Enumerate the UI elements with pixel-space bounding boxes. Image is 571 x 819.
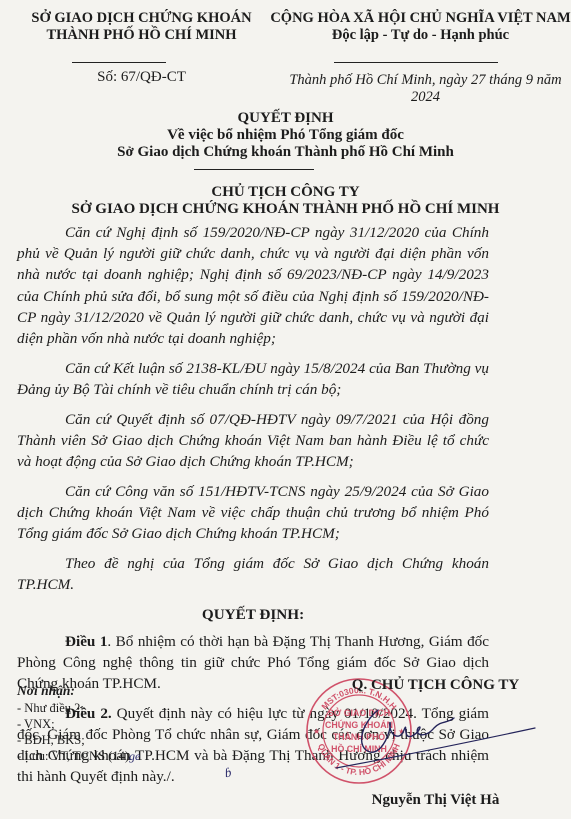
handwritten-initials: ge bbox=[129, 749, 140, 763]
year-label: năm bbox=[537, 72, 562, 88]
article-1-label: Điều 1 bbox=[65, 633, 107, 650]
subject-line-1: Về việc bổ nhiệm Phó Tổng giám đốc bbox=[0, 127, 571, 144]
legal-basis: Theo đề nghị của Tổng giám đốc Sở Giao d… bbox=[17, 553, 489, 595]
issuing-organization: SỞ GIAO DỊCH CHỨNG KHOÁN THÀNH PHỐ HỒ CH… bbox=[0, 10, 283, 44]
document-number: Số: 67/QĐ-CT bbox=[0, 69, 283, 86]
doc-number-prefix: Số: bbox=[97, 69, 117, 85]
signer-name: Nguyễn Thị Việt Hà bbox=[300, 792, 571, 809]
doc-number-suffix: /QĐ-CT bbox=[136, 69, 186, 85]
recipient-item: - Như điều 2; bbox=[17, 700, 237, 716]
issuing-authority: CHỦ TỊCH CÔNG TY SỞ GIAO DỊCH CHỨNG KHOÁ… bbox=[0, 184, 571, 218]
recipients-block: Nơi nhận: - Như điều 2; - VNX; - BĐH, BK… bbox=[17, 683, 237, 764]
document-title: QUYẾT ĐỊNH Về việc bổ nhiệm Phó Tổng giá… bbox=[0, 110, 571, 161]
org-name-line1: SỞ GIAO DỊCH CHỨNG KHOÁN bbox=[0, 10, 283, 27]
legal-basis: Căn cứ Nghị định số 159/2020/NĐ-CP ngày … bbox=[17, 222, 489, 349]
authority-line-1: CHỦ TỊCH CÔNG TY bbox=[0, 184, 571, 201]
handwritten-signature-icon bbox=[330, 700, 540, 770]
legal-basis: Căn cứ Quyết định số 07/QĐ-HĐTV ngày 09/… bbox=[17, 409, 489, 473]
date-month: 9 bbox=[526, 72, 533, 88]
place-date-prefix: Thành phố Hồ Chí Minh, ngày bbox=[289, 72, 467, 88]
doc-number-value: 67 bbox=[121, 69, 136, 85]
legal-basis: Căn cứ Công văn số 151/HĐTV-TCNS ngày 25… bbox=[17, 481, 489, 545]
country-name: CỘNG HÒA XÃ HỘI CHỦ NGHĨA VIỆT NAM bbox=[270, 10, 571, 27]
national-motto: Độc lập - Tự do - Hạnh phúc bbox=[270, 27, 571, 44]
date-day: 27 bbox=[471, 72, 486, 88]
date-year: 2024 bbox=[411, 89, 440, 105]
place-and-date: Thành phố Hồ Chí Minh, ngày 27 tháng 9 n… bbox=[280, 72, 571, 106]
decision-heading: QUYẾT ĐỊNH: bbox=[17, 604, 489, 625]
org-name-line2: THÀNH PHỐ HỒ CHÍ MINH bbox=[0, 27, 283, 44]
recipients-heading: Nơi nhận: bbox=[17, 683, 237, 699]
svg-text:★: ★ bbox=[313, 727, 320, 736]
title-heading: QUYẾT ĐỊNH bbox=[0, 110, 571, 127]
title-divider bbox=[194, 169, 314, 170]
signature-title: Q. CHỦ TỊCH CÔNG TY bbox=[300, 677, 571, 694]
national-header: CỘNG HÒA XÃ HỘI CHỦ NGHĨA VIỆT NAM Độc l… bbox=[270, 10, 571, 44]
recipient-item: - VNX; bbox=[17, 716, 237, 732]
recipient-item-text: - Lưu: VT, TCNS (14) bbox=[17, 749, 129, 763]
month-label: tháng bbox=[489, 72, 522, 88]
recipient-item: - BĐH, BKS; bbox=[17, 732, 237, 748]
legal-basis: Căn cứ Kết luận số 2138-KL/ĐU ngày 15/8/… bbox=[17, 358, 489, 400]
header-left-divider bbox=[72, 62, 166, 63]
authority-line-2: SỞ GIAO DỊCH CHỨNG KHOÁN THÀNH PHỐ HỒ CH… bbox=[0, 201, 571, 218]
initial-mark-icon: ɓ bbox=[175, 762, 232, 792]
recipient-item: - Lưu: VT, TCNS (14)ge bbox=[17, 748, 237, 764]
header-right-divider bbox=[334, 62, 498, 63]
subject-line-2: Sở Giao dịch Chứng khoán Thành phố Hồ Ch… bbox=[0, 144, 571, 161]
decision-document: SỞ GIAO DỊCH CHỨNG KHOÁN THÀNH PHỐ HỒ CH… bbox=[0, 0, 571, 819]
